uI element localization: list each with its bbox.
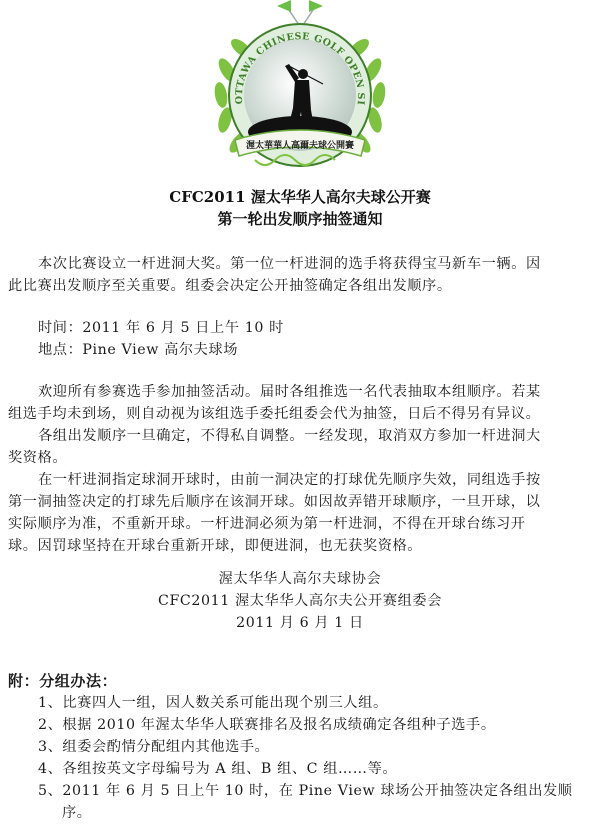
body-p2-line-2: 奖资格。 [8,447,67,469]
event-time: 时间：2011 年 6 月 5 日上午 10 时 [38,317,284,339]
intro-line-2: 此比赛出发顺序至关重要。组委会决定公开抽签确定各组出发顺序。 [8,275,452,297]
intro-line-1: 本次比赛设立一杆进洞大奖。第一位一杆进洞的选手将获得宝马新车一辆。因 [38,253,541,275]
body-p3-line-3: 实际顺序为准，不重新开球。一杆进洞必须为第一杆进洞，不得在开球台练习开 [8,513,526,535]
notice-title-line1: CFC2011 渥太华华人高尔夫球公开赛 [0,186,600,208]
body-p3-line-4: 球。因罚球坚持在开球台重新开球，即便进洞，也无获奖资格。 [8,535,422,557]
signature-org-2: CFC2011 渥太华华人高尔夫公开赛组委会 [0,590,600,612]
appendix-heading: 附：分组办法： [8,670,117,692]
body-p3-line-1: 在一杆进洞指定球洞开球时，由前一洞决定的打球优先顺序失效，同组选手按 [38,469,541,491]
signature-org-1: 渥太华华人高尔夫球协会 [0,568,600,590]
body-p2-line-1: 各组出发顺序一旦确定，不得私自调整。一经发现，取消双方参加一杆进洞大 [38,425,541,447]
appendix-item-5: 5、2011 年 6 月 5 日上午 10 时，在 Pine View 球场公开… [38,780,573,802]
notice-title-line2: 第一轮出发顺序抽签通知 [0,208,600,230]
svg-text:渥太華華人高爾夫球公開賽: 渥太華華人高爾夫球公開賽 [246,139,355,151]
event-place: 地点：Pine View 高尔夫球场 [38,339,238,361]
body-p1-line-1: 欢迎所有参赛选手参加抽签活动。届时各组推选一名代表抽取本组顺序。若某 [38,381,541,403]
appendix-item-5-continued: 序。 [62,802,92,824]
appendix-item-3: 3、组委会酌情分配组内其他选手。 [38,736,269,758]
body-p3-line-2: 第一洞抽签决定的打球先后顺序在该洞开球。如因故弄错开球顺序，一旦开球，以 [8,491,540,513]
appendix-item-2: 2、根据 2010 年渥太华华人联赛排名及报名成绩确定各组种子选手。 [38,714,496,736]
signature-date: 2011 月 6 月 1 日 [0,612,600,634]
body-p1-line-2: 组选手均未到场，则自动视为该组选手委托组委会代为抽签，日后不得另有异议。 [8,403,540,425]
golf-logo-icon: OTTAWA CHINESE GOLF OPEN SINCE 2011 渥太華華… [205,0,395,178]
appendix-item-1: 1、比赛四人一组，因人数关系可能出现个别三人组。 [38,692,388,714]
appendix-item-4: 4、各组按英文字母编号为 A 组、B 组、C 组……等。 [38,758,397,780]
event-logo: OTTAWA CHINESE GOLF OPEN SINCE 2011 渥太華華… [205,0,395,178]
